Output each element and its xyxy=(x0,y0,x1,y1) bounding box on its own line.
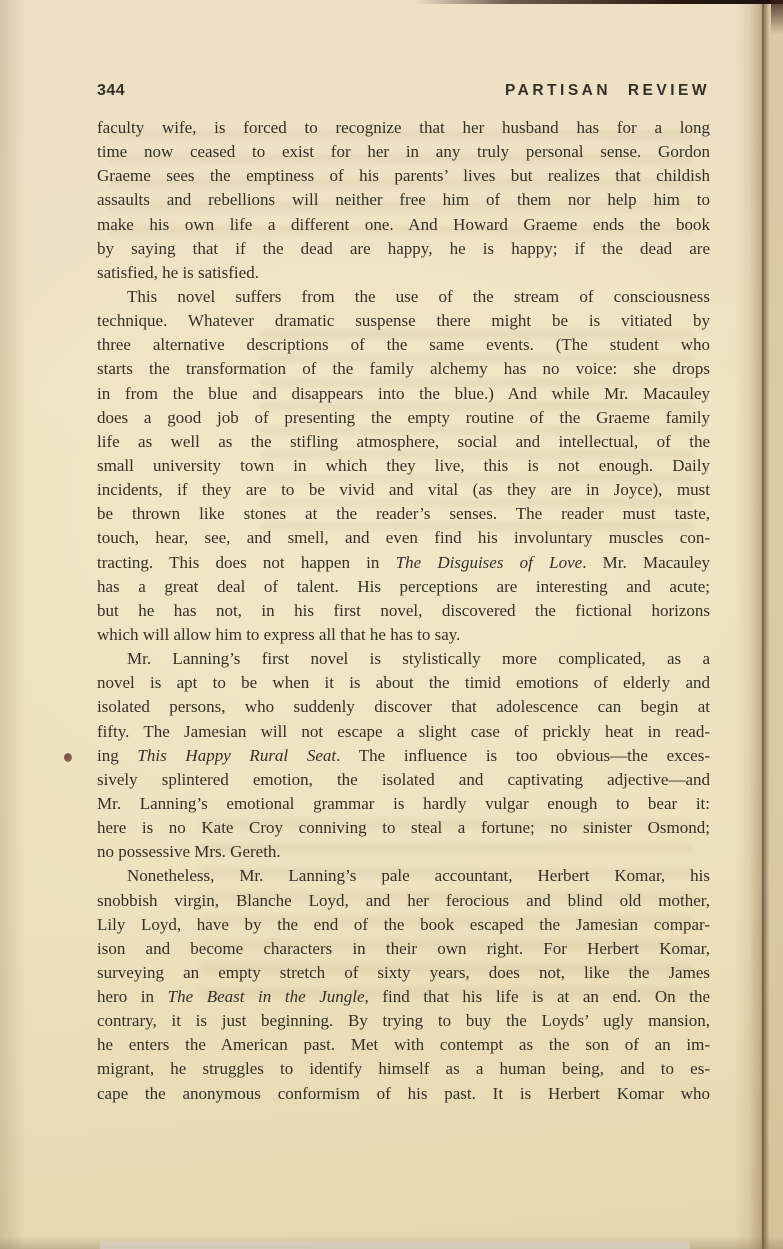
top-right-corner-shadow xyxy=(771,0,783,34)
text-line: contrary, it is just beginning. By tryin… xyxy=(97,1009,710,1033)
text-line: small university town in which they live… xyxy=(97,454,710,478)
left-edge-vignette xyxy=(0,0,26,1249)
text-line: isolated persons, who suddenly discover … xyxy=(97,695,710,719)
text-line: sively splintered emotion, the isolated … xyxy=(97,768,710,792)
text-line: Mr. Lanning’s emotional grammar is hardl… xyxy=(97,792,710,816)
text-line: Graeme sees the emptiness of his parents… xyxy=(97,164,710,188)
text-line: make his own life a different one. And H… xyxy=(97,213,710,237)
text-line: time now ceased to exist for her in any … xyxy=(97,140,710,164)
running-header: 344 PARTISAN REVIEW xyxy=(97,82,710,100)
text-line: ing This Happy Rural Seat. The influence… xyxy=(97,744,710,768)
page-body-text: faculty wife, is forced to recognize tha… xyxy=(97,116,710,1106)
text-line: assaults and rebellions will neither fre… xyxy=(97,188,710,212)
text-line: technique. Whatever dramatic suspense th… xyxy=(97,309,710,333)
text-line: in from the blue and disappears into the… xyxy=(97,382,710,406)
text-line: snobbish virgin, Blanche Loyd, and her f… xyxy=(97,889,710,913)
text-line: novel is apt to be when it is about the … xyxy=(97,671,710,695)
top-edge-shadow xyxy=(415,0,783,4)
text-line: incidents, if they are to be vivid and v… xyxy=(97,478,710,502)
paragraph: faculty wife, is forced to recognize tha… xyxy=(97,116,710,285)
text-line: does a good job of presenting the empty … xyxy=(97,406,710,430)
text-line: be thrown like stones at the reader’s se… xyxy=(97,502,710,526)
text-line: surveying an empty stretch of sixty year… xyxy=(97,961,710,985)
text-line: has a great deal of talent. His percepti… xyxy=(97,575,710,599)
margin-ink-fleck xyxy=(64,753,72,762)
scanned-book-page: 344 PARTISAN REVIEW faculty wife, is for… xyxy=(0,0,783,1249)
text-line: here is no Kate Croy conniving to steal … xyxy=(97,816,710,840)
text-line: ison and become characters in their own … xyxy=(97,937,710,961)
bottom-page-edge-strip xyxy=(100,1241,690,1249)
text-line: which will allow him to express all that… xyxy=(97,623,710,647)
text-line: he enters the American past. Met with co… xyxy=(97,1033,710,1057)
text-line: Nonetheless, Mr. Lanning’s pale accounta… xyxy=(97,864,710,888)
text-line: but he has not, in his first novel, disc… xyxy=(97,599,710,623)
text-line: no possessive Mrs. Gereth. xyxy=(97,840,710,864)
paragraph: This novel suffers from the use of the s… xyxy=(97,285,710,647)
journal-title: PARTISAN REVIEW xyxy=(505,82,710,100)
text-line: by saying that if the dead are happy, he… xyxy=(97,237,710,261)
text-line: fifty. The Jamesian will not escape a sl… xyxy=(97,720,710,744)
text-line: faculty wife, is forced to recognize tha… xyxy=(97,116,710,140)
text-line: cape the anonymous conformism of his pas… xyxy=(97,1082,710,1106)
text-line: This novel suffers from the use of the s… xyxy=(97,285,710,309)
text-line: Lily Loyd, have by the end of the book e… xyxy=(97,913,710,937)
text-line: satisfied, he is satisfied. xyxy=(97,261,710,285)
paragraph: Mr. Lanning’s first novel is stylistical… xyxy=(97,647,710,864)
page-edge-shadow xyxy=(735,0,783,1249)
page-fold-line xyxy=(762,0,764,1249)
text-line: tracting. This does not happen in The Di… xyxy=(97,551,710,575)
text-line: starts the transformation of the family … xyxy=(97,357,710,381)
text-line: life as well as the stifling atmosphere,… xyxy=(97,430,710,454)
text-line: migrant, he struggles to identify himsel… xyxy=(97,1057,710,1081)
text-line: touch, hear, see, and smell, and even fi… xyxy=(97,526,710,550)
paragraph: Nonetheless, Mr. Lanning’s pale accounta… xyxy=(97,864,710,1105)
text-line: three alternative descriptions of the sa… xyxy=(97,333,710,357)
text-line: Mr. Lanning’s first novel is stylistical… xyxy=(97,647,710,671)
page-number: 344 xyxy=(97,82,125,100)
text-line: hero in The Beast in the Jungle, find th… xyxy=(97,985,710,1009)
